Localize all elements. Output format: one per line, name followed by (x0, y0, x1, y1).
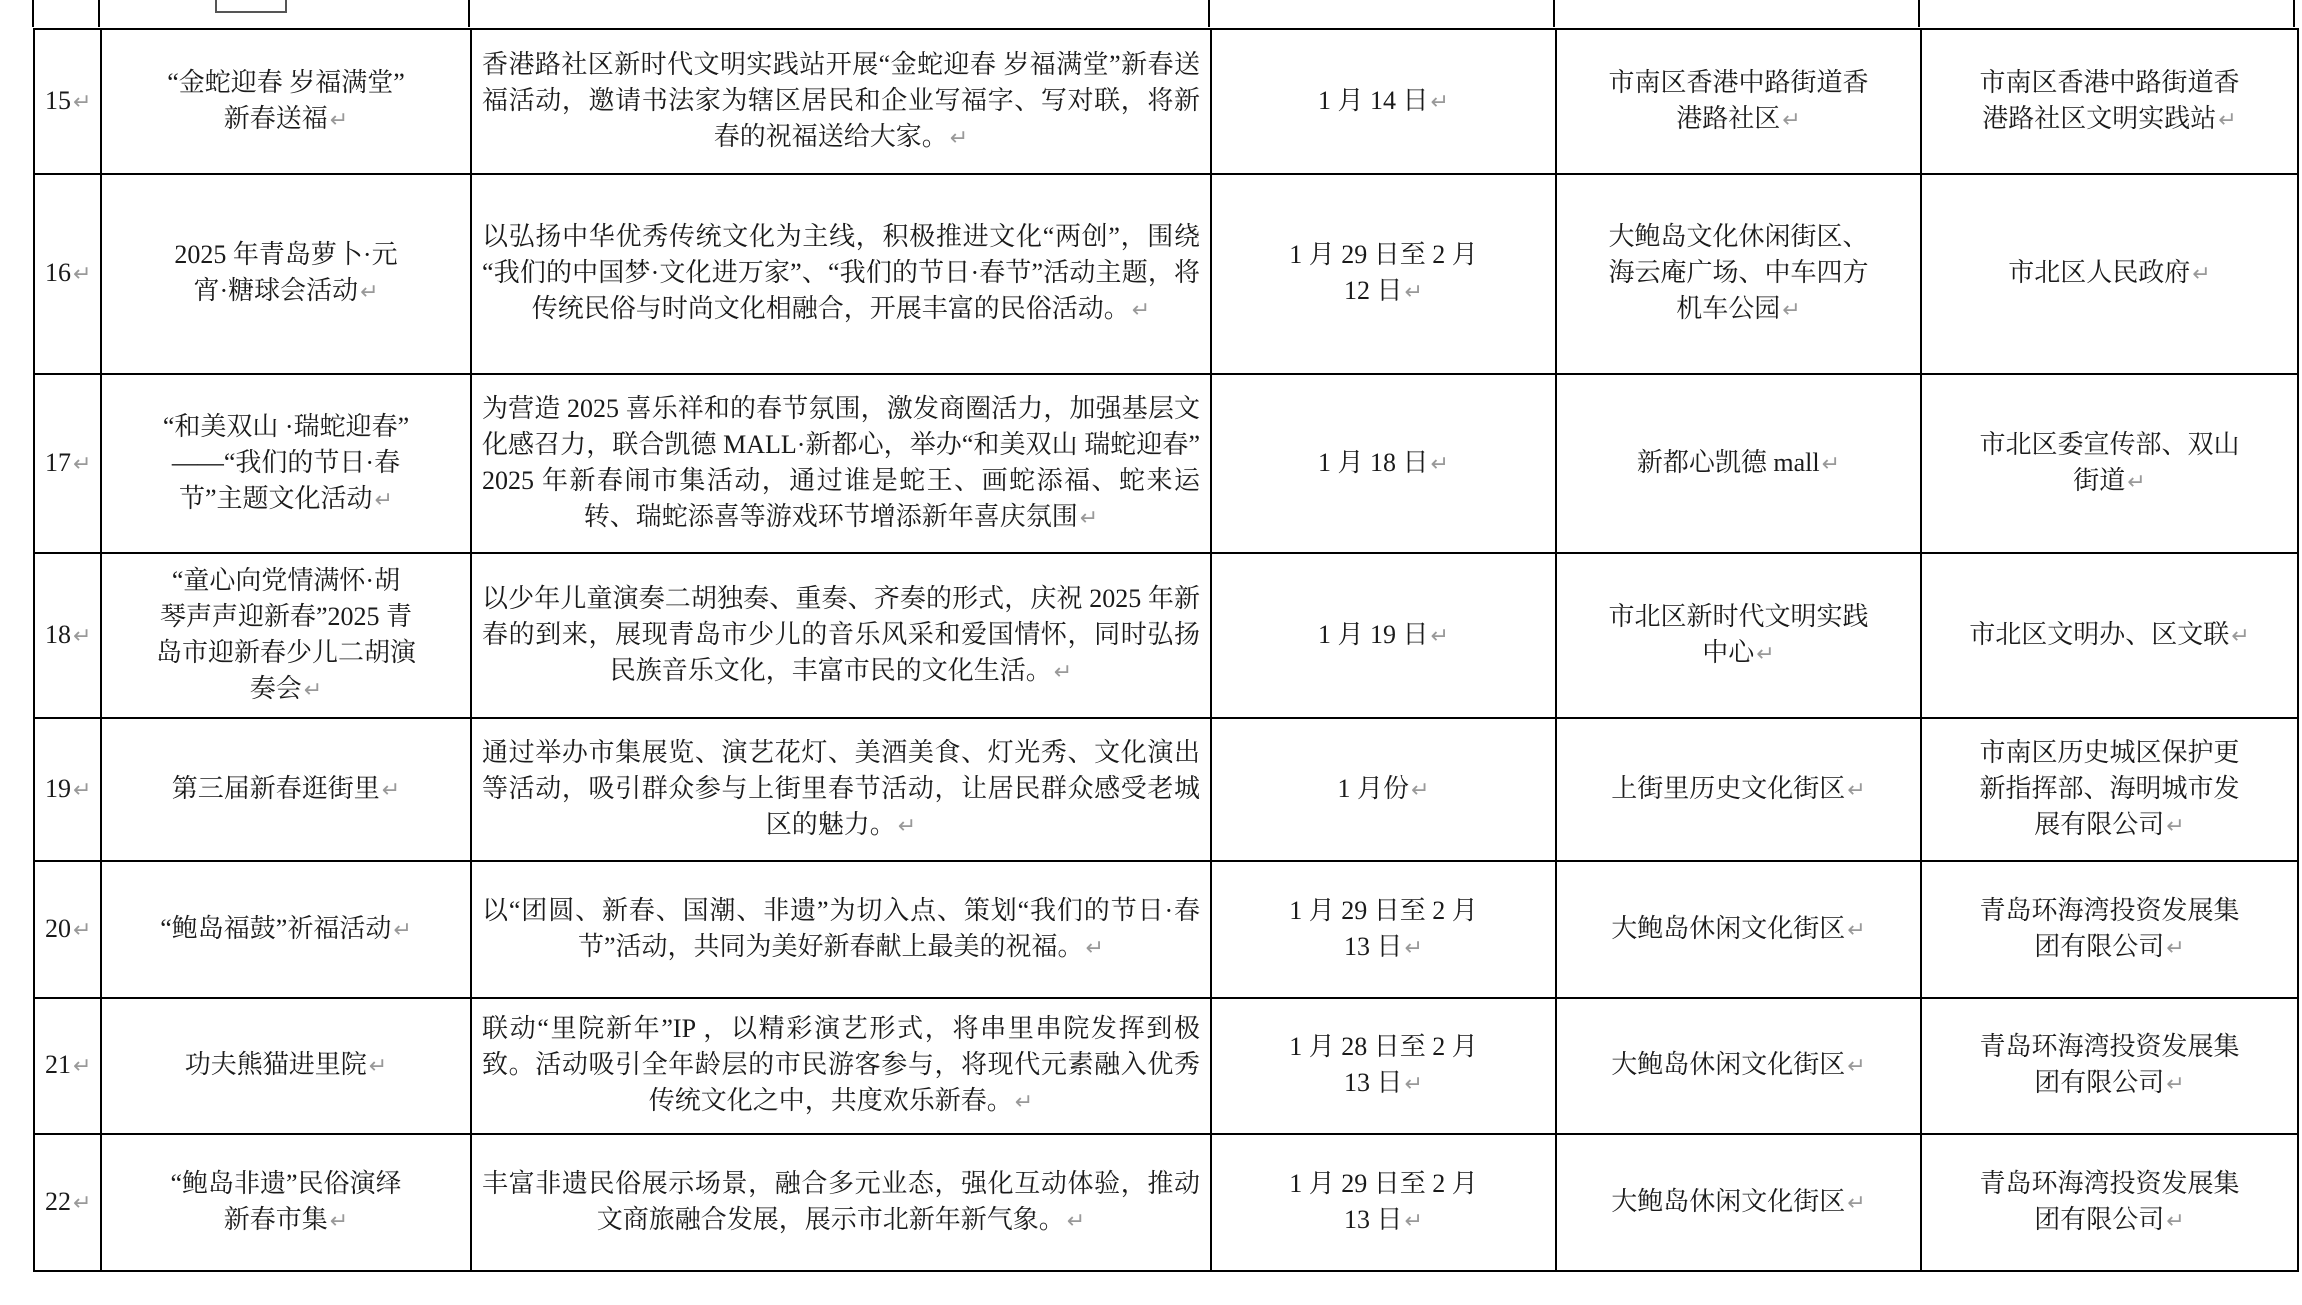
cell-date: 1 月 28 日至 2 月 13 日↵ (1211, 998, 1556, 1134)
paragraph-mark-icon: ↵ (1403, 936, 1423, 961)
cell-organizer: 市北区文明办、区文联↵ (1921, 553, 2298, 718)
table-edge-sliver (32, 0, 34, 27)
cell-num: 22↵ (34, 1134, 101, 1271)
cell-location: 大鲍岛休闲文化街区↵ (1556, 998, 1921, 1134)
cell-activity-name: 2025 年青岛萝卜·元 宵·糖球会活动↵ (101, 174, 471, 374)
cell-location: 市北区新时代文明实践 中心↵ (1556, 553, 1921, 718)
paragraph-mark-icon: ↵ (367, 1054, 387, 1079)
paragraph-mark-icon: ↵ (2229, 624, 2249, 649)
paragraph-mark-icon: ↵ (1754, 642, 1774, 667)
paragraph-mark-icon: ↵ (1780, 108, 1800, 133)
paragraph-mark-icon: ↵ (71, 1191, 91, 1216)
cell-organizer: 市南区历史城区保护更 新指挥部、海明城市发 展有限公司↵ (1921, 718, 2298, 861)
paragraph-mark-icon: ↵ (328, 108, 348, 133)
cell-location: 上街里历史文化街区↵ (1556, 718, 1921, 861)
paragraph-mark-icon: ↵ (1403, 1209, 1423, 1234)
paragraph-mark-icon: ↵ (1820, 452, 1840, 477)
cell-activity-name: “和美双山 ·瑞蛇迎春” ——“我们的节日·春 节”主题文化活动↵ (101, 374, 471, 553)
paragraph-mark-icon: ↵ (1078, 506, 1098, 531)
paragraph-mark-icon: ↵ (71, 1054, 91, 1079)
paragraph-mark-icon: ↵ (1065, 1209, 1085, 1234)
cell-date: 1 月 18 日↵ (1211, 374, 1556, 553)
cell-date: 1 月 19 日↵ (1211, 553, 1556, 718)
cell-organizer: 市北区委宣传部、双山 街道↵ (1921, 374, 2298, 553)
paragraph-mark-icon: ↵ (1845, 1191, 1865, 1216)
paragraph-mark-icon: ↵ (1084, 936, 1104, 961)
cell-date: 1 月份↵ (1211, 718, 1556, 861)
cell-location: 市南区香港中路街道香 港路社区↵ (1556, 29, 1921, 174)
paragraph-mark-icon: ↵ (302, 678, 322, 703)
table-row: 19↵ 第三届新春逛街里↵ 通过举办市集展览、演艺花灯、美酒美食、灯光秀、文化演… (34, 718, 2298, 861)
paragraph-mark-icon: ↵ (71, 624, 91, 649)
cell-location: 新都心凯德 mall↵ (1556, 374, 1921, 553)
paragraph-mark-icon: ↵ (1845, 778, 1865, 803)
paragraph-mark-icon: ↵ (1013, 1090, 1033, 1115)
paragraph-mark-icon: ↵ (1429, 90, 1449, 115)
paragraph-mark-icon: ↵ (2216, 108, 2236, 133)
cell-description: 以“团圆、新春、国潮、非遗”为切入点、策划“我们的节日·春节”活动，共同为美好新… (471, 861, 1211, 998)
cell-activity-name: “鲍岛非遗”民俗演绎 新春市集↵ (101, 1134, 471, 1271)
paragraph-mark-icon: ↵ (71, 918, 91, 943)
cell-description: 丰富非遗民俗展示场景，融合多元业态，强化互动体验，推动文商旅融合发展，展示市北新… (471, 1134, 1211, 1271)
cell-date: 1 月 29 日至 2 月 13 日↵ (1211, 861, 1556, 998)
paragraph-mark-icon: ↵ (1780, 298, 1800, 323)
paragraph-mark-icon: ↵ (1429, 624, 1449, 649)
activities-table: 15↵ “金蛇迎春 岁福满堂” 新春送福↵ 香港路社区新时代文明实践站开展“金蛇… (33, 28, 2299, 1272)
cell-description: 通过举办市集展览、演艺花灯、美酒美食、灯光秀、文化演出等活动，吸引群众参与上街里… (471, 718, 1211, 861)
table-edge-sliver (2293, 0, 2295, 27)
table-row: 16↵ 2025 年青岛萝卜·元 宵·糖球会活动↵ 以弘扬中华优秀传统文化为主线… (34, 174, 2298, 374)
cell-activity-name: “童心向党情满怀·胡 琴声声迎新春”2025 青 岛市迎新春少儿二胡演 奏会↵ (101, 553, 471, 718)
paragraph-mark-icon: ↵ (1403, 1072, 1423, 1097)
table-edge-sliver (1918, 0, 1920, 27)
paragraph-mark-icon: ↵ (391, 918, 411, 943)
cell-num: 19↵ (34, 718, 101, 861)
paragraph-mark-icon: ↵ (1403, 280, 1423, 305)
table-edge-sliver (1553, 0, 1555, 27)
cell-activity-name: “金蛇迎春 岁福满堂” 新春送福↵ (101, 29, 471, 174)
cell-activity-name: 第三届新春逛街里↵ (101, 718, 471, 861)
partial-row-remnant (215, 0, 287, 13)
table-edge-sliver (468, 0, 470, 27)
cell-num: 15↵ (34, 29, 101, 174)
paragraph-mark-icon: ↵ (1845, 1054, 1865, 1079)
cell-location: 大鲍岛休闲文化街区↵ (1556, 861, 1921, 998)
paragraph-mark-icon: ↵ (71, 90, 91, 115)
cell-num: 20↵ (34, 861, 101, 998)
cell-organizer: 市北区人民政府↵ (1921, 174, 2298, 374)
paragraph-mark-icon: ↵ (2164, 1209, 2184, 1234)
cell-description: 为营造 2025 喜乐祥和的春节氛围，激发商圈活力，加强基层文化感召力，联合凯德… (471, 374, 1211, 553)
paragraph-mark-icon: ↵ (2125, 470, 2145, 495)
paragraph-mark-icon: ↵ (373, 488, 393, 513)
cell-location: 大鲍岛文化休闲街区、 海云庵广场、中车四方 机车公园↵ (1556, 174, 1921, 374)
paragraph-mark-icon: ↵ (948, 126, 968, 151)
paragraph-mark-icon: ↵ (358, 280, 378, 305)
paragraph-mark-icon: ↵ (1130, 298, 1150, 323)
paragraph-mark-icon: ↵ (380, 778, 400, 803)
paragraph-mark-icon: ↵ (2164, 814, 2184, 839)
paragraph-mark-icon: ↵ (1409, 778, 1429, 803)
table-row: 20↵ “鲍岛福鼓”祈福活动↵ 以“团圆、新春、国潮、非遗”为切入点、策划“我们… (34, 861, 2298, 998)
cell-date: 1 月 14 日↵ (1211, 29, 1556, 174)
paragraph-mark-icon: ↵ (1429, 452, 1449, 477)
paragraph-mark-icon: ↵ (896, 814, 916, 839)
cell-num: 21↵ (34, 998, 101, 1134)
table-row: 18↵ “童心向党情满怀·胡 琴声声迎新春”2025 青 岛市迎新春少儿二胡演 … (34, 553, 2298, 718)
table-row: 21↵ 功夫熊猫进里院↵ 联动“里院新年”IP ，以精彩演艺形式，将串里串院发挥… (34, 998, 2298, 1134)
cell-date: 1 月 29 日至 2 月 12 日↵ (1211, 174, 1556, 374)
cell-date: 1 月 29 日至 2 月 13 日↵ (1211, 1134, 1556, 1271)
cell-organizer: 青岛环海湾投资发展集 团有限公司↵ (1921, 861, 2298, 998)
cell-organizer: 青岛环海湾投资发展集 团有限公司↵ (1921, 998, 2298, 1134)
paragraph-mark-icon: ↵ (1052, 660, 1072, 685)
cell-location: 大鲍岛休闲文化街区↵ (1556, 1134, 1921, 1271)
cell-description: 以少年儿童演奏二胡独奏、重奏、齐奏的形式，庆祝 2025 年新春的到来，展现青岛… (471, 553, 1211, 718)
paragraph-mark-icon: ↵ (2164, 1072, 2184, 1097)
cell-organizer: 青岛环海湾投资发展集 团有限公司↵ (1921, 1134, 2298, 1271)
cell-num: 17↵ (34, 374, 101, 553)
table-row: 15↵ “金蛇迎春 岁福满堂” 新春送福↵ 香港路社区新时代文明实践站开展“金蛇… (34, 29, 2298, 174)
cell-activity-name: 功夫熊猫进里院↵ (101, 998, 471, 1134)
paragraph-mark-icon: ↵ (71, 262, 91, 287)
cell-num: 18↵ (34, 553, 101, 718)
table-edge-sliver (1208, 0, 1210, 27)
cell-description: 联动“里院新年”IP ，以精彩演艺形式，将串里串院发挥到极致。活动吸引全年龄层的… (471, 998, 1211, 1134)
paragraph-mark-icon: ↵ (2164, 936, 2184, 961)
paragraph-mark-icon: ↵ (71, 452, 91, 477)
document-page: 15↵ “金蛇迎春 岁福满堂” 新春送福↵ 香港路社区新时代文明实践站开展“金蛇… (0, 0, 2302, 1305)
table-edge-sliver (98, 0, 100, 27)
table-row: 17↵ “和美双山 ·瑞蛇迎春” ——“我们的节日·春 节”主题文化活动↵ 为营… (34, 374, 2298, 553)
cell-description: 以弘扬中华优秀传统文化为主线，积极推进文化“两创”，围绕“我们的中国梦·文化进万… (471, 174, 1211, 374)
cell-num: 16↵ (34, 174, 101, 374)
paragraph-mark-icon: ↵ (71, 778, 91, 803)
cell-activity-name: “鲍岛福鼓”祈福活动↵ (101, 861, 471, 998)
cell-organizer: 市南区香港中路街道香 港路社区文明实践站↵ (1921, 29, 2298, 174)
cell-description: 香港路社区新时代文明实践站开展“金蛇迎春 岁福满堂”新春送福活动，邀请书法家为辖… (471, 29, 1211, 174)
paragraph-mark-icon: ↵ (2190, 262, 2210, 287)
paragraph-mark-icon: ↵ (328, 1209, 348, 1234)
table-row: 22↵ “鲍岛非遗”民俗演绎 新春市集↵ 丰富非遗民俗展示场景，融合多元业态，强… (34, 1134, 2298, 1271)
paragraph-mark-icon: ↵ (1845, 918, 1865, 943)
